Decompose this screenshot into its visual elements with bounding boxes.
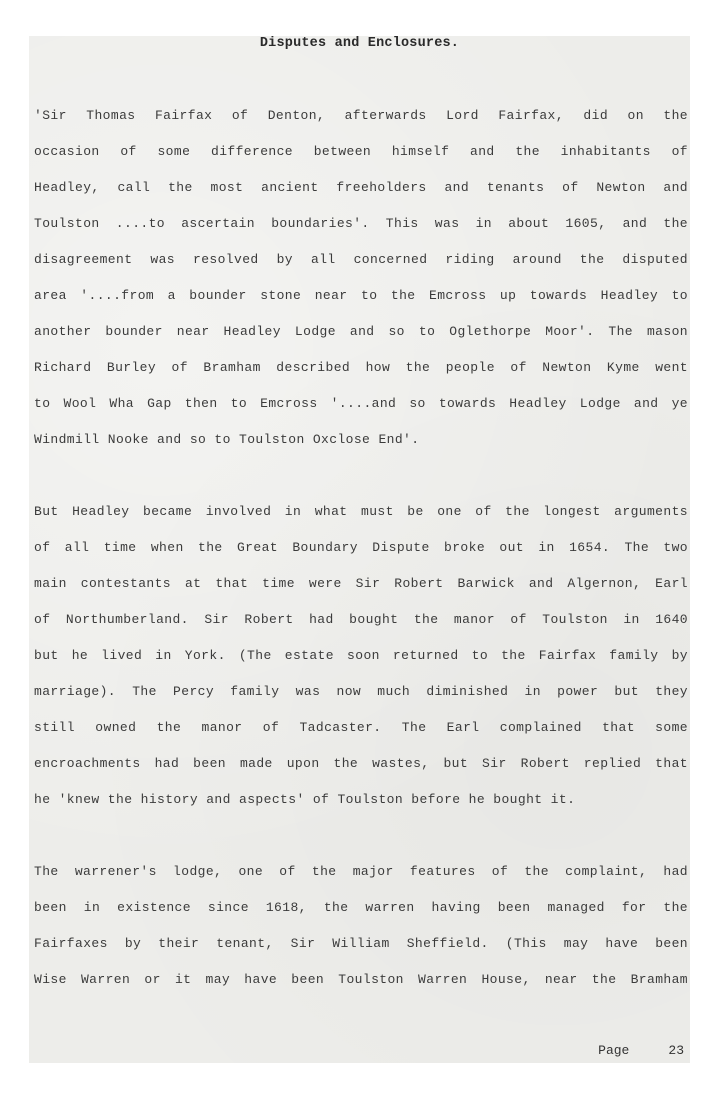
text-line: Headley, call the most ancient freeholde… [34, 170, 688, 206]
page-footer: Page 23 [598, 1043, 684, 1058]
paragraph-2: But Headley became involved in what must… [34, 494, 688, 818]
text-line-content: of all time when the Great Boundary Disp… [34, 530, 688, 566]
text-line: main contestants at that time were Sir R… [34, 566, 688, 602]
text-line: Wise Warren or it may have been Toulston… [34, 962, 688, 998]
text-line: Windmill Nooke and so to Toulston Oxclos… [34, 422, 688, 458]
text-line: Toulston ....to ascertain boundaries'. T… [34, 206, 688, 242]
text-line-content: Windmill Nooke and so to Toulston Oxclos… [34, 422, 688, 458]
text-line-content: occasion of some difference between hims… [34, 134, 688, 170]
text-line: area '....from a bounder stone near to t… [34, 278, 688, 314]
text-line-content: he 'knew the history and aspects' of Tou… [34, 782, 688, 818]
text-line: of Northumberland. Sir Robert had bought… [34, 602, 688, 638]
paragraph-1: 'Sir Thomas Fairfax of Denton, afterward… [34, 98, 688, 458]
text-line-content: main contestants at that time were Sir R… [34, 566, 688, 602]
text-line-content: The warrener's lodge, one of the major f… [34, 854, 688, 890]
text-line: occasion of some difference between hims… [34, 134, 688, 170]
page-title: Disputes and Enclosures. [29, 36, 690, 52]
text-line: still owned the manor of Tadcaster. The … [34, 710, 688, 746]
document-page: Disputes and Enclosures. 'Sir Thomas Fai… [29, 36, 690, 1063]
page-number: 23 [668, 1043, 684, 1058]
text-line-content: been in existence since 1618, the warren… [34, 890, 688, 926]
paragraph-3: The warrener's lodge, one of the major f… [34, 854, 688, 998]
text-line: been in existence since 1618, the warren… [34, 890, 688, 926]
text-line-content: but he lived in York. (The estate soon r… [34, 638, 688, 674]
text-line: 'Sir Thomas Fairfax of Denton, afterward… [34, 98, 688, 134]
text-line: Fairfaxes by their tenant, Sir William S… [34, 926, 688, 962]
text-line-content: still owned the manor of Tadcaster. The … [34, 710, 688, 746]
text-line: encroachments had been made upon the was… [34, 746, 688, 782]
text-line-content: But Headley became involved in what must… [34, 494, 688, 530]
text-line: marriage). The Percy family was now much… [34, 674, 688, 710]
text-line: Richard Burley of Bramham described how … [34, 350, 688, 386]
text-line: The warrener's lodge, one of the major f… [34, 854, 688, 890]
page-label: Page [598, 1043, 629, 1058]
text-line: another bounder near Headley Lodge and s… [34, 314, 688, 350]
text-line: But Headley became involved in what must… [34, 494, 688, 530]
text-line-content: Richard Burley of Bramham described how … [34, 350, 688, 386]
text-line: but he lived in York. (The estate soon r… [34, 638, 688, 674]
text-line-content: Headley, call the most ancient freeholde… [34, 170, 688, 206]
text-line: disagreement was resolved by all concern… [34, 242, 688, 278]
text-line-content: Wise Warren or it may have been Toulston… [34, 962, 688, 998]
text-line-content: Fairfaxes by their tenant, Sir William S… [34, 926, 688, 962]
text-line-content: 'Sir Thomas Fairfax of Denton, afterward… [34, 98, 688, 134]
text-line-content: area '....from a bounder stone near to t… [34, 278, 688, 314]
text-line-content: disagreement was resolved by all concern… [34, 242, 688, 278]
text-line-content: Toulston ....to ascertain boundaries'. T… [34, 206, 688, 242]
text-line-content: to Wool Wha Gap then to Emcross '....and… [34, 386, 688, 422]
text-line: he 'knew the history and aspects' of Tou… [34, 782, 688, 818]
text-line-content: marriage). The Percy family was now much… [34, 674, 688, 710]
text-line-content: another bounder near Headley Lodge and s… [34, 314, 688, 350]
text-line: to Wool Wha Gap then to Emcross '....and… [34, 386, 688, 422]
text-line: of all time when the Great Boundary Disp… [34, 530, 688, 566]
text-line-content: of Northumberland. Sir Robert had bought… [34, 602, 688, 638]
text-line-content: encroachments had been made upon the was… [34, 746, 688, 782]
